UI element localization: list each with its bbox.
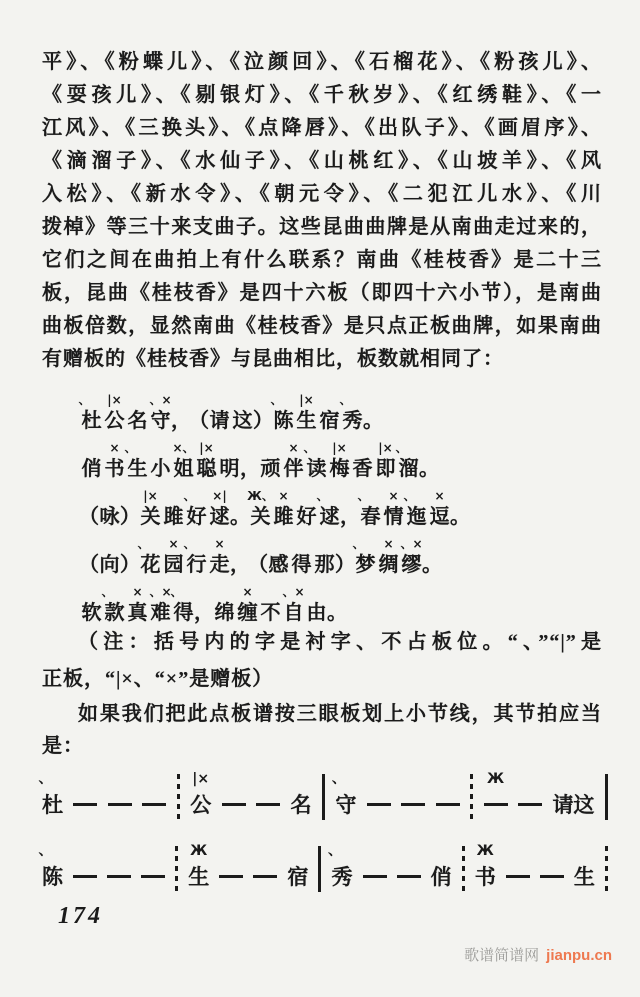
lyric-char: 走 (210, 552, 230, 578)
dash-glyph (363, 860, 387, 892)
ban-mark (87, 489, 91, 504)
ban-mark (202, 585, 206, 600)
lyric-char: 绵 (215, 600, 235, 626)
notation-char: 生 (188, 860, 209, 892)
ban-mark: |× (332, 441, 346, 456)
ban-mark (261, 393, 265, 408)
ban-mark: 、 (39, 770, 53, 788)
dash-line (142, 803, 166, 806)
lyric-cell: ） (121, 537, 139, 578)
lyric-cell: ×逗 (428, 489, 451, 530)
paragraph-line: 有赠板的《桂枝香》与昆曲相比，板数就相同了： (42, 343, 602, 376)
dash-glyph (142, 788, 166, 820)
beat-dash (108, 788, 132, 820)
lyric-char: 宿 (320, 408, 340, 434)
dash-line (367, 803, 391, 806)
note-line: 正板，“|×、“×”是赠板） (42, 661, 602, 698)
page-number: 174 (58, 903, 103, 930)
dash-line (363, 875, 387, 878)
notation-char: 守 (335, 788, 356, 820)
lyric-cell: 向 (98, 537, 121, 578)
notation-syllable: Ж书 (475, 842, 496, 892)
lyric-char: 。 (422, 552, 442, 578)
ban-mark: 、 (357, 489, 369, 504)
lyric-char: 生 (297, 408, 317, 434)
lyric-cell: 那 (313, 537, 336, 578)
lyric-char: 花 (141, 552, 161, 578)
paragraph-line: 《耍孩儿》、《剔银灯》、《千秋岁》、《红绣鞋》、《一 (42, 79, 602, 112)
lyric-cell: 、好 (185, 489, 208, 530)
lyric-cell: 得 (290, 537, 313, 578)
lyric-cell: 。 (420, 441, 438, 482)
lyric-line: （ 咏 ）|×关 雎、好×|逑 。Ж、关×雎 好、逑 ，、春×情、迤×逗 。 (42, 482, 622, 530)
lyric-cell: ， (241, 441, 259, 482)
lyric-cell: （ (80, 537, 98, 578)
dash-line (540, 875, 564, 878)
lyric-char: 逑 (320, 504, 340, 530)
lyric-char: 小 (151, 456, 171, 482)
notation-char-text: 生 (188, 861, 209, 891)
lyric-cell: ） (121, 489, 139, 530)
lyric-char: （ (248, 552, 268, 578)
ban-mark (238, 489, 242, 504)
ban-mark: × (434, 489, 444, 504)
ban-mark (128, 537, 132, 552)
lyric-char: 守 (151, 408, 171, 434)
lyric-cell: 、款 (103, 585, 126, 626)
lyric-cell: 、得 (172, 585, 195, 626)
lyric-block-with-ban-marks: 、杜|×公 名、×守 ， （ 请 这 ）、陈|×生 宿、秀 。 俏×书、生 小×… (42, 386, 622, 626)
lyric-cell: 、×守 (149, 393, 172, 434)
dash-line (73, 803, 97, 806)
beat-dash (363, 860, 387, 892)
lyric-char: ， (340, 504, 360, 530)
lyric-char: ） (120, 552, 140, 578)
ban-mark (89, 585, 93, 600)
lyric-cell: 、陈 (272, 393, 295, 434)
lyric-cell: ×雎 (272, 489, 295, 530)
lyric-char: 关 (251, 504, 271, 530)
dash-glyph (518, 788, 542, 820)
notation-char: 书 (475, 860, 496, 892)
ban-mark (256, 537, 260, 552)
lyric-char: 款 (105, 600, 125, 626)
ban-mark (248, 441, 252, 456)
notation-syllable: 名 (291, 788, 312, 820)
dash-glyph (540, 860, 564, 892)
lyric-cell: 宿 (318, 393, 341, 434)
lyric-char: 自 (284, 600, 304, 626)
lyric-cell: ×书 (103, 441, 126, 482)
lyric-cell: 、×缪 (400, 537, 423, 578)
lyric-char: 公 (105, 408, 125, 434)
lyric-char: 雎 (164, 504, 184, 530)
ban-mark (217, 393, 221, 408)
lyric-cell: ， (341, 489, 359, 530)
ban-mark (304, 489, 308, 504)
lyric-cell: ， (195, 585, 213, 626)
ban-mark (227, 441, 231, 456)
dash-glyph (108, 788, 132, 820)
ban-mark: × (168, 537, 178, 552)
notation-char-text: 宿 (287, 861, 308, 891)
ban-mark: |× (199, 441, 213, 456)
lyric-char: 绸 (379, 552, 399, 578)
paragraph-line: 它们之间在曲拍上有什么联系？南曲《桂枝香》是二十三 (42, 244, 602, 277)
notation-char-text: 生 (574, 861, 595, 891)
ban-mark: Ж (477, 842, 494, 860)
ban-mark: 、 (316, 489, 328, 504)
lyric-char: 好 (297, 504, 317, 530)
ban-mark (107, 489, 111, 504)
ban-mark (135, 393, 139, 408)
ban-mark: 、 (39, 842, 53, 860)
dash-glyph (436, 788, 460, 820)
dash-line (436, 803, 460, 806)
lyric-char: 那 (315, 552, 335, 578)
lyric-char: 雎 (274, 504, 294, 530)
lyric-char: 。 (230, 504, 250, 530)
lyric-cell: ×园 (162, 537, 185, 578)
dash-line (484, 803, 508, 806)
ban-mark: 、 (303, 441, 315, 456)
dash-glyph (107, 860, 131, 892)
notation-syllable: Ж生 (188, 842, 209, 892)
lyric-cell: 软 (80, 585, 103, 626)
ban-mark: 、 (170, 585, 182, 600)
dash-glyph (73, 788, 97, 820)
notation-char-text: 书 (475, 861, 496, 891)
dash-line (401, 803, 425, 806)
barline-solid (605, 774, 608, 820)
watermark-site-name: 歌谱简谱网 (464, 947, 539, 964)
beat-dash (219, 860, 243, 892)
beat-dash (367, 788, 391, 820)
notation-char: 请这 (552, 788, 594, 820)
beat-dash (253, 860, 277, 892)
lyric-char: 伴 (284, 456, 304, 482)
notation-line: 、杜|×公名、守Ж请这 (42, 764, 608, 820)
lyric-cell: ×|逑 (208, 489, 231, 530)
lyric-char: 。 (450, 504, 470, 530)
barline-dotted (177, 774, 180, 820)
ban-mark: 、 (78, 393, 90, 408)
ban-mark: Ж (190, 842, 207, 860)
lyric-char: 聪 (197, 456, 217, 482)
note-line: （注：括号内的字是衬字、不占板位。“、”“|”是 (42, 624, 602, 661)
notation-char: 公 (190, 788, 211, 820)
barline-dotted (175, 846, 178, 892)
lyric-char: 咏 (100, 504, 120, 530)
ban-mark: × (242, 585, 252, 600)
ban-mark: |× (143, 489, 157, 504)
ban-mark: × (288, 441, 298, 456)
ban-mark (299, 537, 303, 552)
lyric-cell: （ (80, 489, 98, 530)
lyric-char: （ (79, 504, 99, 530)
lyric-cell: |×关 (139, 489, 162, 530)
notation-syllable: 、杜 (42, 770, 63, 820)
lyric-char: 梦 (356, 552, 376, 578)
lyric-cell: ×伴 (282, 441, 305, 482)
beat-dash (401, 788, 425, 820)
lyric-char: 不 (261, 600, 281, 626)
notation-char-text: 公 (190, 789, 211, 819)
ban-mark: ×| (212, 489, 226, 504)
ban-mark (458, 489, 462, 504)
lyric-char: ） (335, 552, 355, 578)
ban-mark (327, 393, 331, 408)
ban-mark: × (278, 489, 288, 504)
notation-syllable: 宿 (287, 860, 308, 892)
ban-mark (268, 585, 272, 600)
lyric-char: 书 (105, 456, 125, 482)
dash-line (518, 803, 542, 806)
beat-dash (222, 788, 246, 820)
lyric-char: ， (171, 408, 191, 434)
dash-glyph (401, 788, 425, 820)
ban-mark (335, 585, 339, 600)
notation-syllable: 、秀 (331, 842, 352, 892)
ban-mark (238, 537, 242, 552)
notation-syllable: |×公 (190, 770, 211, 820)
ban-mark (240, 393, 244, 408)
ban-mark: 、× (400, 537, 422, 552)
lyric-char: 名 (128, 408, 148, 434)
lyric-char: 缠 (238, 600, 258, 626)
dash-glyph (253, 860, 277, 892)
lyric-char: 顽 (261, 456, 281, 482)
dash-glyph (506, 860, 530, 892)
lyric-cell: 、逑 (318, 489, 341, 530)
lyric-line: （ 向 ）、花×园、行×走 ， （ 感 得 那 ）、梦×绸、×缪 。 (42, 530, 622, 578)
lyric-cell: 俏 (80, 441, 103, 482)
lyric-cell: 咏 (98, 489, 121, 530)
lyric-cell: 、梦 (354, 537, 377, 578)
lyric-cell: 绵 (213, 585, 236, 626)
lyric-cell: （ (249, 537, 267, 578)
ban-mark (158, 441, 162, 456)
ban-mark (197, 393, 201, 408)
ban-mark (314, 585, 318, 600)
beat-dash (397, 860, 421, 892)
lyric-line: 、杜|×公 名、×守 ， （ 请 这 ）、陈|×生 宿、秀 。 (42, 386, 622, 434)
lyric-cell: 、溜 (397, 441, 420, 482)
notation-char-text: 守 (335, 789, 356, 819)
lyric-char: 由 (307, 600, 327, 626)
notation-syllable: 生 (574, 860, 595, 892)
notation-char: 宿 (287, 860, 308, 892)
lyric-char: ， (240, 456, 260, 482)
lyric-cell: 。 (423, 537, 441, 578)
lyric-char: （ (189, 408, 209, 434)
ban-mark (128, 489, 132, 504)
dash-line (141, 875, 165, 878)
lyric-cell: 、花 (139, 537, 162, 578)
barline-dotted (462, 846, 465, 892)
paragraph-line: 平》、《粉蝶儿》、《泣颜回》、《石榴花》、《粉孩儿》、 (42, 46, 602, 79)
lyric-char: 梅 (330, 456, 350, 482)
lyric-cell: （ (190, 393, 208, 434)
lyric-cell: 、读 (305, 441, 328, 482)
dash-glyph (73, 860, 97, 892)
lyric-char: 得 (174, 600, 194, 626)
scanned-book-page: 平》、《粉蝶儿》、《泣颜回》、《石榴花》、《粉孩儿》、《耍孩儿》、《剔银灯》、《… (0, 0, 640, 997)
lyric-cell: 名 (126, 393, 149, 434)
lyric-cell: ×、姐 (172, 441, 195, 482)
lyric-char: 请 (210, 408, 230, 434)
dash-glyph (397, 860, 421, 892)
lyric-char: 迤 (407, 504, 427, 530)
lyric-char: 杜 (82, 408, 102, 434)
ban-mark (268, 441, 272, 456)
barline-solid (322, 774, 325, 820)
beat-dash (518, 788, 542, 820)
lyric-line: 俏×书、生 小×、姐|×聪 明 ， 顽×伴、读|×梅 香|×即、溜 。 (42, 434, 622, 482)
notation-char: 陈 (42, 860, 63, 892)
beat-dash (73, 788, 97, 820)
dash-glyph (141, 860, 165, 892)
paragraph-line: 板，昆曲《桂枝香》是四十六板（即四十六小节），是南曲 (42, 277, 602, 310)
ban-mark: 、 (328, 842, 342, 860)
lyric-cell: ） (254, 393, 272, 434)
ban-mark: 、 (352, 537, 364, 552)
lyric-cell: 、秀 (341, 393, 364, 434)
dash-line (107, 875, 131, 878)
lyric-cell: |×即 (374, 441, 397, 482)
lyric-cell: |×公 (103, 393, 126, 434)
beat-dash (256, 788, 280, 820)
lyric-char: 缪 (402, 552, 422, 578)
beat-dash (142, 788, 166, 820)
notation-char: 生 (574, 860, 595, 892)
lyric-cell: 好 (295, 489, 318, 530)
lyric-char: 秀 (343, 408, 363, 434)
lyric-char: 。 (419, 456, 439, 482)
lyric-line: 软、款×真、×难、得 ， 绵×缠 不、×自 由 。 (42, 578, 622, 626)
lyric-cell: 、春 (359, 489, 382, 530)
notation-char: 杜 (42, 788, 63, 820)
barline-solid (318, 846, 321, 892)
lyric-char: 向 (100, 552, 120, 578)
notation-char: 秀 (331, 860, 352, 892)
ban-mark: 、× (149, 585, 171, 600)
paragraph-line: 拨棹》等三十来支曲子。这些昆曲曲牌是从南曲走过来的， (42, 211, 602, 244)
ban-mark: × (388, 489, 398, 504)
notation-char-text: 陈 (42, 861, 63, 891)
notation-char-text: 请这 (552, 789, 594, 819)
lyric-cell: 顽 (259, 441, 282, 482)
notation-char: 名 (291, 788, 312, 820)
lyric-char: 姐 (174, 456, 194, 482)
lyric-cell: ×缠 (236, 585, 259, 626)
lyric-cell: ） (336, 537, 354, 578)
lyric-char: 即 (376, 456, 396, 482)
ban-mark: 、 (183, 489, 195, 504)
lyric-char: 生 (128, 456, 148, 482)
barline-dotted (605, 846, 608, 892)
lyric-cell: 明 (218, 441, 241, 482)
lyric-char: 逑 (210, 504, 230, 530)
lyric-char: 。 (327, 600, 347, 626)
notation-syllable: 俏 (431, 860, 452, 892)
notation-char-text: 秀 (331, 861, 352, 891)
ban-mark: × (214, 537, 224, 552)
lyric-char: 陈 (274, 408, 294, 434)
ban-mark: 、 (124, 441, 136, 456)
notation-syllable: 、陈 (42, 842, 63, 892)
lyric-cell: |×聪 (195, 441, 218, 482)
paragraph-line: 《滴溜子》、《水仙子》、《山桃红》、《山坡羊》、《风 (42, 145, 602, 178)
lyric-cell: 小 (149, 441, 172, 482)
lyric-char: ） (120, 504, 140, 530)
lyric-char: 真 (128, 600, 148, 626)
dash-line (73, 875, 97, 878)
ban-mark: 、× (282, 585, 304, 600)
ban-mark: 、 (339, 393, 351, 408)
lyric-char: 园 (164, 552, 184, 578)
dash-glyph (256, 788, 280, 820)
dash-line (397, 875, 421, 878)
lyric-cell: ， (231, 537, 249, 578)
ban-mark (87, 537, 91, 552)
notation-syllable: 请这 (552, 788, 594, 820)
notation-syllable: 、守 (335, 770, 356, 820)
dash-line (108, 803, 132, 806)
lyric-char: 。 (363, 408, 383, 434)
ban-mark: 、 (101, 585, 113, 600)
ban-mark (430, 537, 434, 552)
ban-mark (89, 441, 93, 456)
notation-line: 、陈Ж生宿、秀俏Ж书生 (42, 836, 608, 892)
lyric-cell: ， (172, 393, 190, 434)
lyric-char: 香 (353, 456, 373, 482)
ban-mark: 、 (270, 393, 282, 408)
ban-mark (322, 537, 326, 552)
ban-mark: |× (107, 393, 121, 408)
ban-mark: |× (192, 770, 209, 788)
lyric-char: ， (230, 552, 250, 578)
dash-line (219, 875, 243, 878)
paragraph-line: 江风》、《三换头》、《点降唇》、《出队子》、《画眉序》、 (42, 112, 602, 145)
notation-char-text: 名 (291, 789, 312, 819)
lyric-char: 溜 (399, 456, 419, 482)
lyric-char: ） (253, 408, 273, 434)
ban-mark (222, 585, 226, 600)
ban-mark: × (132, 585, 142, 600)
ban-mark: 、 (183, 537, 195, 552)
lyric-cell: ×走 (208, 537, 231, 578)
paragraph-line: 如果我们把此点板谱按三眼板划上小节线，其节拍应当 (42, 698, 602, 730)
lyric-cell: 请 (208, 393, 231, 434)
beat-dash (107, 860, 131, 892)
dash-line (253, 875, 277, 878)
lyric-cell: 。 (451, 489, 469, 530)
lyric-cell: 不 (259, 585, 282, 626)
dash-glyph (484, 788, 508, 820)
paragraph-line: 入松》、《新水令》、《朝元令》、《二犯江儿水》、《川 (42, 178, 602, 211)
lyric-cell: Ж、关 (249, 489, 272, 530)
beat-dash (506, 860, 530, 892)
ban-mark: 、 (137, 537, 149, 552)
lyric-char: 好 (187, 504, 207, 530)
lyric-char: 得 (292, 552, 312, 578)
lyric-cell: 、行 (185, 537, 208, 578)
ban-mark (371, 393, 375, 408)
lyric-char: 难 (151, 600, 171, 626)
beat-dash: Ж (484, 770, 508, 820)
beat-dash (540, 860, 564, 892)
